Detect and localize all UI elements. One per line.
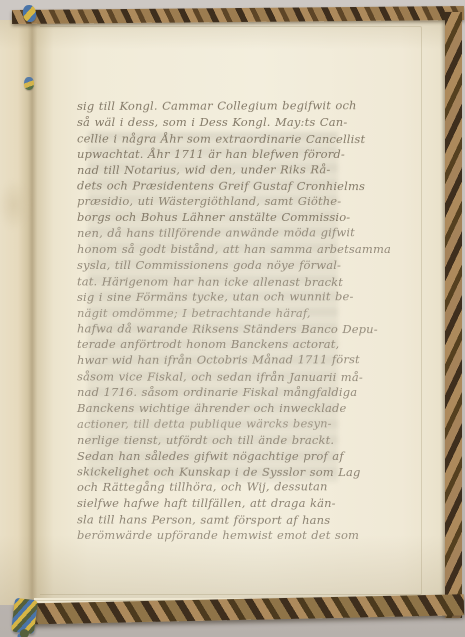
- bookmark-ribbon: [11, 598, 38, 635]
- manuscript-line: borgs och Bohus Lähner anstälte Commissi…: [77, 210, 373, 226]
- manuscript-line: nerlige tienst, utfördt och till ände br…: [77, 433, 373, 449]
- manuscript-line: actioner, till detta publique wärcks bes…: [77, 416, 373, 433]
- manuscript-line: præsidio, uti Wästergiöthland, samt Giöt…: [77, 194, 373, 210]
- manuscript-line: sysla, till Commissionens goda nöye förw…: [77, 258, 373, 274]
- manuscript-line: upwachtat. Åhr 1711 är han blefwen föror…: [77, 147, 373, 163]
- photo-background: sig till Kongl. Cammar Collegium begifwi…: [0, 0, 465, 637]
- manuscript-line: dets och Præsidentens Greif Gustaf Cronh…: [77, 179, 373, 196]
- manuscript-line: nad 1716. såsom ordinarie Fiskal mångfal…: [77, 385, 373, 401]
- manuscript-text-block: sig till Kongl. Cammar Collegium begifwi…: [77, 99, 373, 544]
- manuscript-line: nägit omdömme; I betrachtande häraf,: [77, 306, 373, 322]
- left-page-watermark: [0, 170, 36, 240]
- manuscript-line: sla till hans Person, samt försport af h…: [77, 513, 373, 530]
- manuscript-line: hafwa då warande Riksens Ständers Banco …: [77, 322, 373, 339]
- manuscript-line: sig i sine Förmäns tycke, utan och wunni…: [77, 289, 373, 306]
- manuscript-line: nen, då hans tillförende anwände möda gi…: [77, 225, 373, 242]
- manuscript-line: och Rättegång tillhöra, och Wij, dessuta…: [77, 480, 373, 497]
- manuscript-line: Banckens wichtige ährender och inwecklad…: [77, 401, 373, 417]
- manuscript-line: Sedan han således gifwit nögachtige prof…: [77, 449, 373, 465]
- manuscript-line: såsom vice Fiskal, och sedan ifrån Janua…: [77, 370, 373, 387]
- manuscript-line: terade anförtrodt honom Banckens actorat…: [77, 337, 373, 353]
- manuscript-line: nad till Notarius, wid den, under Riks R…: [77, 162, 373, 179]
- manuscript-line: honom så godt bistånd, att han samma arb…: [77, 242, 373, 258]
- gutter-stitch-icon: [24, 77, 34, 90]
- manuscript-line: cellie i några Åhr som extraordinarie Ca…: [77, 131, 373, 148]
- manuscript-line: sielfwe hafwe haft tillfällen, att draga…: [77, 496, 373, 512]
- book-edge-right: [445, 12, 462, 618]
- manuscript-line: berömwärde upförande hemwist emot det so…: [77, 528, 373, 544]
- manuscript-line: hwar wid han ifrån Octobris Månad 1711 f…: [77, 352, 373, 369]
- manuscript-line: så wäl i dess, som i Dess Kongl. May:ts …: [77, 115, 373, 131]
- manuscript-line: sig till Kongl. Cammar Collegium begifwi…: [77, 98, 373, 115]
